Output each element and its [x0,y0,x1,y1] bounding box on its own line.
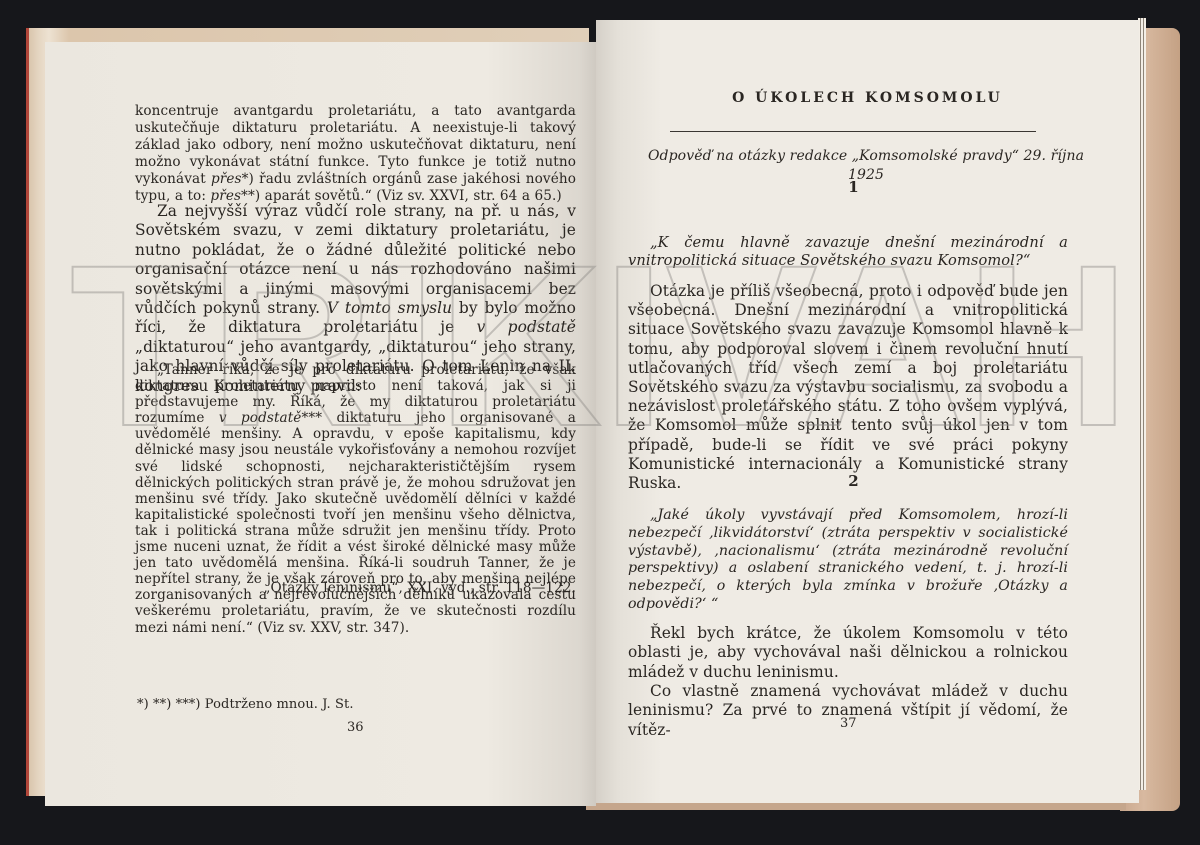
answer-2-paragraph-1: Řekl bych krátce, že úkolem Komsomolu v … [628,624,1068,682]
page-edges [1138,18,1146,790]
chapter-title: O ÚKOLECH KOMSOMOLU [596,90,1139,106]
answer-2-paragraph-2: Co vlastně znamená vychovávat mládež v d… [628,682,1068,740]
question-2: „Jaké úkoly vyvstávají před Komsomolem, … [628,507,1068,614]
source-citation: „Otázky leninismu“, XXI. vyd., str. 118—… [135,579,576,598]
answer-1: Otázka je příliš všeobecná, proto i odpo… [628,282,1068,493]
quote-continuation: koncentruje avantgardu proletariátu, a t… [135,103,576,205]
question-1: „K čemu hlavně zavazuje dnešní mezinárod… [628,234,1068,269]
section-number-1: 1 [596,178,1111,197]
section-number-2: 2 [596,472,1111,491]
title-rule [670,131,1036,132]
left-page: koncentruje avantgardu proletariátu, a t… [45,42,596,806]
page-number: 36 [347,720,364,735]
page-number: 37 [840,716,857,731]
footnote: *) **) ***) Podtrženo mnou. J. St. [137,695,537,714]
right-page: O ÚKOLECH KOMSOMOLU Odpověď na otázky re… [596,20,1139,803]
